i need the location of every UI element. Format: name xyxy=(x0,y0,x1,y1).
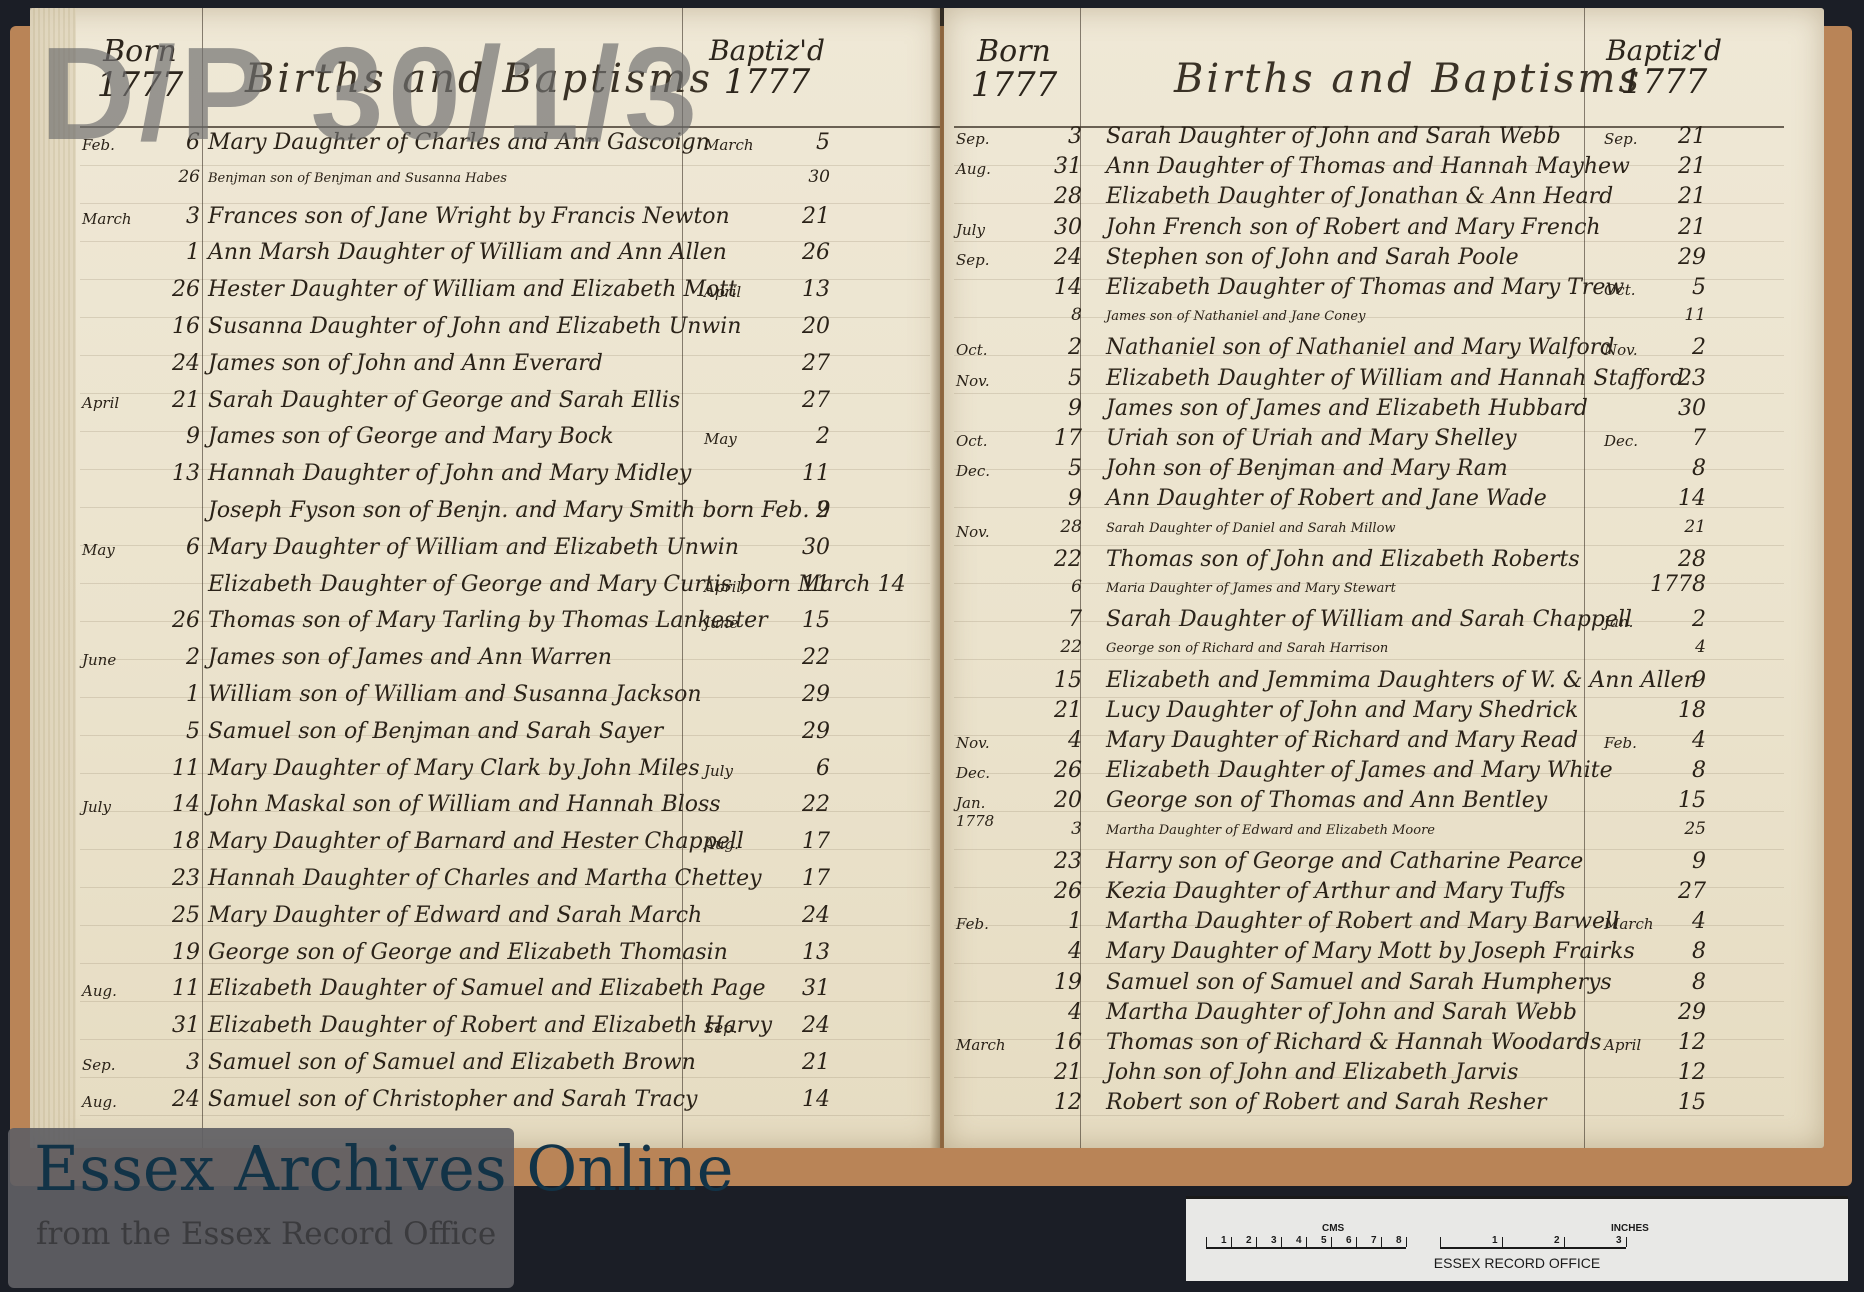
entry-text: Nathaniel son of Nathaniel and Mary Walf… xyxy=(1106,335,1614,360)
baptized-day: 29 xyxy=(1650,1000,1706,1025)
baptized-day: 15 xyxy=(1650,788,1706,813)
entry-text: Sarah Daughter of John and Sarah Webb xyxy=(1106,124,1561,149)
baptized-day: 18 xyxy=(1650,698,1706,723)
born-day: 3 xyxy=(140,204,200,229)
entry-row: 3Martha Daughter of Edward and Elizabeth… xyxy=(944,817,1824,849)
born-month: Oct. xyxy=(956,432,1026,450)
entry-text: Ann Daughter of Thomas and Hannah Mayhew xyxy=(1106,154,1630,179)
baptized-day: 14 xyxy=(770,1087,830,1112)
baptized-day: 29 xyxy=(770,682,830,707)
entry-text: Elizabeth Daughter of Robert and Elizabe… xyxy=(208,1013,772,1038)
born-day: 24 xyxy=(140,351,200,376)
entry-row: 21Lucy Daughter of John and Mary Shedric… xyxy=(944,696,1824,728)
born-day: 25 xyxy=(140,903,200,928)
born-day: 26 xyxy=(140,608,200,633)
baptized-day: 11 xyxy=(770,461,830,486)
ruler-tick-label: 3 xyxy=(1271,1235,1277,1246)
born-day: 14 xyxy=(140,792,200,817)
entry-text: Martha Daughter of Edward and Elizabeth … xyxy=(1106,823,1435,838)
baptized-day: 2 xyxy=(1650,335,1706,360)
ruler-tick xyxy=(1206,1237,1207,1247)
born-day: 15 xyxy=(1022,668,1082,693)
entry-text: George son of Thomas and Ann Bentley xyxy=(1106,788,1547,813)
born-day: 1 xyxy=(1022,909,1082,934)
entry-text: Ann Daughter of Robert and Jane Wade xyxy=(1106,486,1547,511)
entry-row: Aug.24Samuel son of Christopher and Sara… xyxy=(30,1085,940,1117)
entry-row: 23Harry son of George and Catharine Pear… xyxy=(944,847,1824,879)
baptized-day: 31 xyxy=(770,976,830,1001)
born-year: 1777 xyxy=(964,68,1064,104)
baptized-day: 5 xyxy=(770,130,830,155)
entry-row: Sep.24Stephen son of John and Sarah Pool… xyxy=(944,243,1824,275)
archive-watermark: Essex Archives Online from the Essex Rec… xyxy=(8,1128,514,1288)
entry-text: James son of John and Ann Everard xyxy=(208,351,603,376)
entry-row: 1William son of William and Susanna Jack… xyxy=(30,680,940,712)
born-day: 26 xyxy=(1022,758,1082,783)
ruler-tick-label: 2 xyxy=(1554,1235,1560,1246)
entry-text: Robert son of Robert and Sarah Resher xyxy=(1106,1090,1547,1115)
born-day: 11 xyxy=(140,976,200,1001)
entry-text: Sarah Daughter of George and Sarah Ellis xyxy=(208,388,680,413)
baptized-day: 21 xyxy=(770,204,830,229)
entry-row: Joseph Fyson son of Benjn. and Mary Smit… xyxy=(30,496,940,528)
entry-text: Sarah Daughter of Daniel and Sarah Millo… xyxy=(1106,521,1396,536)
entry-text: Hannah Daughter of Charles and Martha Ch… xyxy=(208,866,762,891)
baptized-day: 21 xyxy=(1650,184,1706,209)
ruler-tick-label: 6 xyxy=(1346,1235,1352,1246)
baptized-day: 8 xyxy=(1650,939,1706,964)
entry-text: Elizabeth and Jemmima Daughters of W. & … xyxy=(1106,668,1698,693)
baptized-day: 7 xyxy=(1650,426,1706,451)
born-day: 3 xyxy=(140,1050,200,1075)
born-day: 5 xyxy=(1022,366,1082,391)
cm-ruler: 12345678 xyxy=(1206,1233,1406,1249)
watermark-subtitle: from the Essex Record Office xyxy=(36,1216,496,1252)
baptized-day: 24 xyxy=(770,1013,830,1038)
scale-bar: CMS 12345678 INCHES 123 ESSEX RECORD OFF… xyxy=(1186,1196,1848,1281)
born-day: 5 xyxy=(1022,456,1082,481)
entry-text: Kezia Daughter of Arthur and Mary Tuffs xyxy=(1106,879,1565,904)
born-day: 12 xyxy=(1022,1090,1082,1115)
born-month: Dec. xyxy=(956,462,1026,480)
baptized-day: 11 xyxy=(770,572,830,597)
born-day: 28 xyxy=(1022,517,1082,537)
baptized-day: 27 xyxy=(1650,879,1706,904)
entry-row: Oct.17Uriah son of Uriah and Mary Shelle… xyxy=(944,424,1824,456)
entry-text: Mary Daughter of Mary Clark by John Mile… xyxy=(208,756,700,781)
born-day: 21 xyxy=(1022,1060,1082,1085)
baptized-day: 14 xyxy=(1650,486,1706,511)
entry-row: 26Benjman son of Benjman and Susanna Hab… xyxy=(30,165,940,197)
ruler-tick-label: 4 xyxy=(1296,1235,1302,1246)
entry-text: Elizabeth Daughter of Jonathan & Ann Hea… xyxy=(1106,184,1613,209)
born-day: 26 xyxy=(1022,879,1082,904)
baptized-day: 24 xyxy=(770,903,830,928)
entry-row: 24James son of John and Ann Everard27 xyxy=(30,349,940,381)
entry-text: Mary Daughter of William and Elizabeth U… xyxy=(208,535,739,560)
ruler-tick xyxy=(1281,1237,1282,1247)
entry-row: July14John Maskal son of William and Han… xyxy=(30,790,940,822)
entry-row: Elizabeth Daughter of George and Mary Cu… xyxy=(30,570,940,602)
page-title: Births and Baptisms xyxy=(1174,56,1642,102)
entry-text: Samuel son of Samuel and Elizabeth Brown xyxy=(208,1050,696,1075)
entry-row: 15Elizabeth and Jemmima Daughters of W. … xyxy=(944,666,1824,698)
born-day: 24 xyxy=(140,1087,200,1112)
born-day: 16 xyxy=(1022,1030,1082,1055)
entry-text: Ann Marsh Daughter of William and Ann Al… xyxy=(208,240,727,265)
entry-text: Sarah Daughter of William and Sarah Chap… xyxy=(1106,607,1632,632)
entry-row: 6Maria Daughter of James and Mary Stewar… xyxy=(944,575,1824,607)
born-day: 20 xyxy=(1022,788,1082,813)
entry-row: 31Elizabeth Daughter of Robert and Eliza… xyxy=(30,1011,940,1043)
born-day: 30 xyxy=(1022,215,1082,240)
entry-row: Dec.5John son of Benjman and Mary Ram8 xyxy=(944,454,1824,486)
entry-row: 19George son of George and Elizabeth Tho… xyxy=(30,938,940,970)
entry-text: Lucy Daughter of John and Mary Shedrick xyxy=(1106,698,1578,723)
born-day: 6 xyxy=(1022,577,1082,597)
entry-row: 25Mary Daughter of Edward and Sarah Marc… xyxy=(30,901,940,933)
entry-row: April21Sarah Daughter of George and Sara… xyxy=(30,386,940,418)
born-day: 19 xyxy=(1022,970,1082,995)
born-day: 23 xyxy=(1022,849,1082,874)
entry-row: July30John French son of Robert and Mary… xyxy=(944,213,1824,245)
born-day: 1 xyxy=(140,240,200,265)
born-day: 2 xyxy=(140,645,200,670)
born-day: 31 xyxy=(140,1013,200,1038)
entry-text: Thomas son of Richard & Hannah Woodards xyxy=(1106,1030,1601,1055)
born-day: 11 xyxy=(140,756,200,781)
born-month: Nov. xyxy=(956,523,1026,541)
ruler-tick xyxy=(1306,1237,1307,1247)
born-day: 16 xyxy=(140,314,200,339)
ruler-tick xyxy=(1331,1237,1332,1247)
born-day: 4 xyxy=(1022,939,1082,964)
entry-text: John son of Benjman and Mary Ram xyxy=(1106,456,1508,481)
born-day: 26 xyxy=(140,277,200,302)
ruler-tick xyxy=(1256,1237,1257,1247)
born-day: 24 xyxy=(1022,245,1082,270)
ruler-tick-label: 8 xyxy=(1396,1235,1402,1246)
baptized-year: 1777 xyxy=(702,65,832,101)
entry-text: Thomas son of Mary Tarling by Thomas Lan… xyxy=(208,608,768,633)
entry-row: 9Ann Daughter of Robert and Jane Wade14 xyxy=(944,484,1824,516)
baptized-column-header: Baptiz'd 1777 xyxy=(702,36,832,101)
entry-text: Samuel son of Christopher and Sarah Trac… xyxy=(208,1087,697,1112)
entry-row: 19Samuel son of Samuel and Sarah Humpher… xyxy=(944,968,1824,1000)
entry-row: Jan. 177820George son of Thomas and Ann … xyxy=(944,786,1824,818)
ruler-tick xyxy=(1440,1237,1441,1247)
entry-text: George son of George and Elizabeth Thoma… xyxy=(208,940,728,965)
born-day: 22 xyxy=(1022,637,1082,657)
ruler-tick-label: 7 xyxy=(1371,1235,1377,1246)
ruler-tick xyxy=(1406,1237,1407,1247)
entry-row: 9James son of George and Mary BockMay2 xyxy=(30,422,940,454)
baptized-day: 2 xyxy=(770,424,830,449)
entry-text: Maria Daughter of James and Mary Stewart xyxy=(1106,581,1396,596)
baptized-day: 22 xyxy=(770,645,830,670)
entry-row: Nov.28Sarah Daughter of Daniel and Sarah… xyxy=(944,515,1824,547)
born-day: 18 xyxy=(140,829,200,854)
born-day: 8 xyxy=(1022,305,1082,325)
baptized-day: 4 xyxy=(1650,909,1706,934)
born-month: July xyxy=(956,221,1026,239)
entry-text: Elizabeth Daughter of Samuel and Elizabe… xyxy=(208,976,765,1001)
baptized-day: 13 xyxy=(770,277,830,302)
born-day: 13 xyxy=(140,461,200,486)
born-day: 9 xyxy=(1022,486,1082,511)
baptized-day: 21 xyxy=(1650,154,1706,179)
baptized-day: 12 xyxy=(1650,1030,1706,1055)
entry-text: John French son of Robert and Mary Frenc… xyxy=(1106,215,1601,240)
born-day: 19 xyxy=(140,940,200,965)
baptized-day: 21 xyxy=(1650,124,1706,149)
baptized-day: 26 xyxy=(770,240,830,265)
entry-text: Frances son of Jane Wright by Francis Ne… xyxy=(208,204,730,229)
entry-row: 26Thomas son of Mary Tarling by Thomas L… xyxy=(30,606,940,638)
entry-text: Mary Daughter of Mary Mott by Joseph Fra… xyxy=(1106,939,1635,964)
ruler-tick xyxy=(1356,1237,1357,1247)
baptized-day: 17 xyxy=(770,866,830,891)
born-day: 5 xyxy=(140,719,200,744)
baptized-day: 30 xyxy=(770,167,830,187)
entry-text: Mary Daughter of Richard and Mary Read xyxy=(1106,728,1578,753)
entry-text: Benjman son of Benjman and Susanna Habes xyxy=(208,171,507,186)
baptized-column-header: Baptiz'd 1777 xyxy=(1604,36,1724,101)
entry-text: Uriah son of Uriah and Mary Shelley xyxy=(1106,426,1517,451)
record-office-label: ESSEX RECORD OFFICE xyxy=(1186,1255,1848,1271)
entry-row: Aug.11Elizabeth Daughter of Samuel and E… xyxy=(30,974,940,1006)
born-day: 3 xyxy=(1022,819,1082,839)
born-day: 6 xyxy=(140,535,200,560)
born-day: 14 xyxy=(1022,275,1082,300)
entry-row: 4Martha Daughter of John and Sarah Webb2… xyxy=(944,998,1824,1030)
entry-text: Samuel son of Benjman and Sarah Sayer xyxy=(208,719,663,744)
baptized-day: 6 xyxy=(770,756,830,781)
baptized-day: 17 xyxy=(770,829,830,854)
baptized-day: 25 xyxy=(1650,819,1706,839)
entry-text: James son of Nathaniel and Jane Coney xyxy=(1106,309,1365,324)
entry-row: Sep.3Sarah Daughter of John and Sarah We… xyxy=(944,122,1824,154)
born-day: 4 xyxy=(1022,728,1082,753)
baptized-day: 5 xyxy=(1650,275,1706,300)
born-label: Born xyxy=(977,34,1051,69)
ruler-tick-label: 1 xyxy=(1492,1235,1498,1246)
born-month: Feb. xyxy=(956,915,1026,933)
baptized-day: 22 xyxy=(770,792,830,817)
entry-row: June2James son of James and Ann Warren22 xyxy=(30,643,940,675)
baptized-day: 21 xyxy=(1650,517,1706,537)
born-day: 1 xyxy=(140,682,200,707)
entry-text: John son of John and Elizabeth Jarvis xyxy=(1106,1060,1518,1085)
baptized-day: 27 xyxy=(770,351,830,376)
born-day: 9 xyxy=(140,424,200,449)
born-day: 23 xyxy=(140,866,200,891)
entry-row: 9James son of James and Elizabeth Hubbar… xyxy=(944,394,1824,426)
ruler-tick xyxy=(1381,1237,1382,1247)
entry-row: 26Hester Daughter of William and Elizabe… xyxy=(30,275,940,307)
ruler-tick xyxy=(1626,1237,1627,1247)
entry-text: John Maskal son of William and Hannah Bl… xyxy=(208,792,721,817)
born-day: 3 xyxy=(1022,124,1082,149)
entry-row: 7Sarah Daughter of William and Sarah Cha… xyxy=(944,605,1824,637)
entry-text: Martha Daughter of Robert and Mary Barwe… xyxy=(1106,909,1619,934)
entry-row: 11Mary Daughter of Mary Clark by John Mi… xyxy=(30,754,940,786)
entry-row: 26Kezia Daughter of Arthur and Mary Tuff… xyxy=(944,877,1824,909)
entry-row: March3Frances son of Jane Wright by Fran… xyxy=(30,202,940,234)
born-day: 28 xyxy=(1022,184,1082,209)
entry-text: Susanna Daughter of John and Elizabeth U… xyxy=(208,314,741,339)
baptized-day: 4 xyxy=(1650,728,1706,753)
ruler-tick xyxy=(1564,1237,1565,1247)
ruler-tick-label: 3 xyxy=(1616,1235,1622,1246)
born-day: 7 xyxy=(1022,607,1082,632)
born-month: Sep. xyxy=(956,130,1026,148)
watermark-title: Essex Archives Online xyxy=(34,1132,733,1205)
entry-row: May6Mary Daughter of William and Elizabe… xyxy=(30,533,940,565)
born-month: Nov. xyxy=(956,734,1026,752)
entry-row: 22Thomas son of John and Elizabeth Rober… xyxy=(944,545,1824,577)
baptized-day: 8 xyxy=(1650,456,1706,481)
entry-text: Joseph Fyson son of Benjn. and Mary Smit… xyxy=(208,498,831,523)
entry-text: Mary Daughter of Barnard and Hester Chap… xyxy=(208,829,744,854)
entry-row: Nov.5Elizabeth Daughter of William and H… xyxy=(944,364,1824,396)
entry-text: George son of Richard and Sarah Harrison xyxy=(1106,641,1388,656)
right-page: Born 1777 Births and Baptisms Baptiz'd 1… xyxy=(944,8,1824,1148)
baptized-day: 8 xyxy=(1650,970,1706,995)
entry-row: Oct.2Nathaniel son of Nathaniel and Mary… xyxy=(944,333,1824,365)
baptized-day: 21 xyxy=(1650,215,1706,240)
entry-row: 8James son of Nathaniel and Jane Coney11 xyxy=(944,303,1824,335)
entry-row: 12Robert son of Robert and Sarah Resher1… xyxy=(944,1088,1824,1120)
entry-row: 14Elizabeth Daughter of Thomas and Mary … xyxy=(944,273,1824,305)
entry-row: 16Susanna Daughter of John and Elizabeth… xyxy=(30,312,940,344)
baptized-day: 23 xyxy=(1650,366,1706,391)
born-day: 4 xyxy=(1022,1000,1082,1025)
ruler-tick-label: 1 xyxy=(1221,1235,1227,1246)
entry-text: Hester Daughter of William and Elizabeth… xyxy=(208,277,737,302)
baptized-day: 29 xyxy=(1650,245,1706,270)
entry-row: 13Hannah Daughter of John and Mary Midle… xyxy=(30,459,940,491)
born-month: Aug. xyxy=(956,160,1026,178)
entry-text: Thomas son of John and Elizabeth Roberts xyxy=(1106,547,1580,572)
entry-text: James son of George and Mary Bock xyxy=(208,424,614,449)
entry-row: Aug.31Ann Daughter of Thomas and Hannah … xyxy=(944,152,1824,184)
entry-row: 21John son of John and Elizabeth Jarvis1… xyxy=(944,1058,1824,1090)
born-day: 21 xyxy=(1022,698,1082,723)
entry-row: 23Hannah Daughter of Charles and Martha … xyxy=(30,864,940,896)
entry-row: 28Elizabeth Daughter of Jonathan & Ann H… xyxy=(944,182,1824,214)
born-day: 21 xyxy=(140,388,200,413)
entry-row: Sep.3Samuel son of Samuel and Elizabeth … xyxy=(30,1048,940,1080)
baptized-day: 11 xyxy=(1650,305,1706,325)
baptized-day: 4 xyxy=(1650,637,1706,657)
entry-text: James son of James and Elizabeth Hubbard xyxy=(1106,396,1588,421)
entry-row: Nov.4Mary Daughter of Richard and Mary R… xyxy=(944,726,1824,758)
ruler-tick xyxy=(1231,1237,1232,1247)
entry-text: Mary Daughter of Edward and Sarah March xyxy=(208,903,702,928)
entry-text: Elizabeth Daughter of Thomas and Mary Tr… xyxy=(1106,275,1624,300)
baptized-day: 8 xyxy=(1650,758,1706,783)
baptized-year: 1777 xyxy=(1604,65,1724,101)
born-month: March xyxy=(956,1036,1026,1054)
ruler-tick xyxy=(1502,1237,1503,1247)
left-page: Born 1777 Births and Baptisms Baptiz'd 1… xyxy=(30,8,940,1148)
entry-text: Harry son of George and Catharine Pearce xyxy=(1106,849,1583,874)
entry-text: James son of James and Ann Warren xyxy=(208,645,612,670)
born-day: 9 xyxy=(1022,396,1082,421)
ruler-tick-label: 2 xyxy=(1246,1235,1252,1246)
born-month: Nov. xyxy=(956,372,1026,390)
entry-row: 1Ann Marsh Daughter of William and Ann A… xyxy=(30,238,940,270)
born-day: 31 xyxy=(1022,154,1082,179)
born-day: 2 xyxy=(1022,335,1082,360)
born-column-header: Born 1777 xyxy=(964,36,1064,103)
baptized-day: 30 xyxy=(1650,396,1706,421)
entry-text: Hannah Daughter of John and Mary Midley xyxy=(208,461,691,486)
baptized-day: 20 xyxy=(770,314,830,339)
baptized-day: 21 xyxy=(770,1050,830,1075)
baptized-day: 15 xyxy=(770,608,830,633)
baptized-day: 29 xyxy=(770,719,830,744)
entry-text: Martha Daughter of John and Sarah Webb xyxy=(1106,1000,1577,1025)
born-month: Sep. xyxy=(956,251,1026,269)
entry-row: 5Samuel son of Benjman and Sarah Sayer29 xyxy=(30,717,940,749)
born-day: 22 xyxy=(1022,547,1082,572)
entry-row: 18Mary Daughter of Barnard and Hester Ch… xyxy=(30,827,940,859)
baptized-day: 27 xyxy=(770,388,830,413)
born-month: Dec. xyxy=(956,764,1026,782)
baptized-day: 30 xyxy=(770,535,830,560)
entry-row: March16Thomas son of Richard & Hannah Wo… xyxy=(944,1028,1824,1060)
entry-text: Stephen son of John and Sarah Poole xyxy=(1106,245,1519,270)
entry-row: Feb.1Martha Daughter of Robert and Mary … xyxy=(944,907,1824,939)
born-day: 17 xyxy=(1022,426,1082,451)
baptized-day: 9 xyxy=(1650,849,1706,874)
baptized-day: 15 xyxy=(1650,1090,1706,1115)
entry-row: Dec.26Elizabeth Daughter of James and Ma… xyxy=(944,756,1824,788)
born-month: Oct. xyxy=(956,341,1026,359)
baptized-day: 2 xyxy=(1650,607,1706,632)
reference-stamp: D/P 30/1/3 xyxy=(40,28,701,160)
baptized-day: 9 xyxy=(1650,668,1706,693)
ruler-tick-label: 5 xyxy=(1321,1235,1327,1246)
born-day: 26 xyxy=(140,167,200,187)
entry-row: 4Mary Daughter of Mary Mott by Joseph Fr… xyxy=(944,937,1824,969)
entry-row: 22George son of Richard and Sarah Harris… xyxy=(944,635,1824,667)
entry-text: Elizabeth Daughter of James and Mary Whi… xyxy=(1106,758,1613,783)
entry-text: Samuel son of Samuel and Sarah Humpherys xyxy=(1106,970,1612,995)
baptized-day: 2 xyxy=(770,498,830,523)
inch-ruler: 123 xyxy=(1440,1233,1626,1249)
baptized-day: 12 xyxy=(1650,1060,1706,1085)
entry-text: Elizabeth Daughter of William and Hannah… xyxy=(1106,366,1684,391)
entry-text: William son of William and Susanna Jacks… xyxy=(208,682,702,707)
baptized-day: 13 xyxy=(770,940,830,965)
